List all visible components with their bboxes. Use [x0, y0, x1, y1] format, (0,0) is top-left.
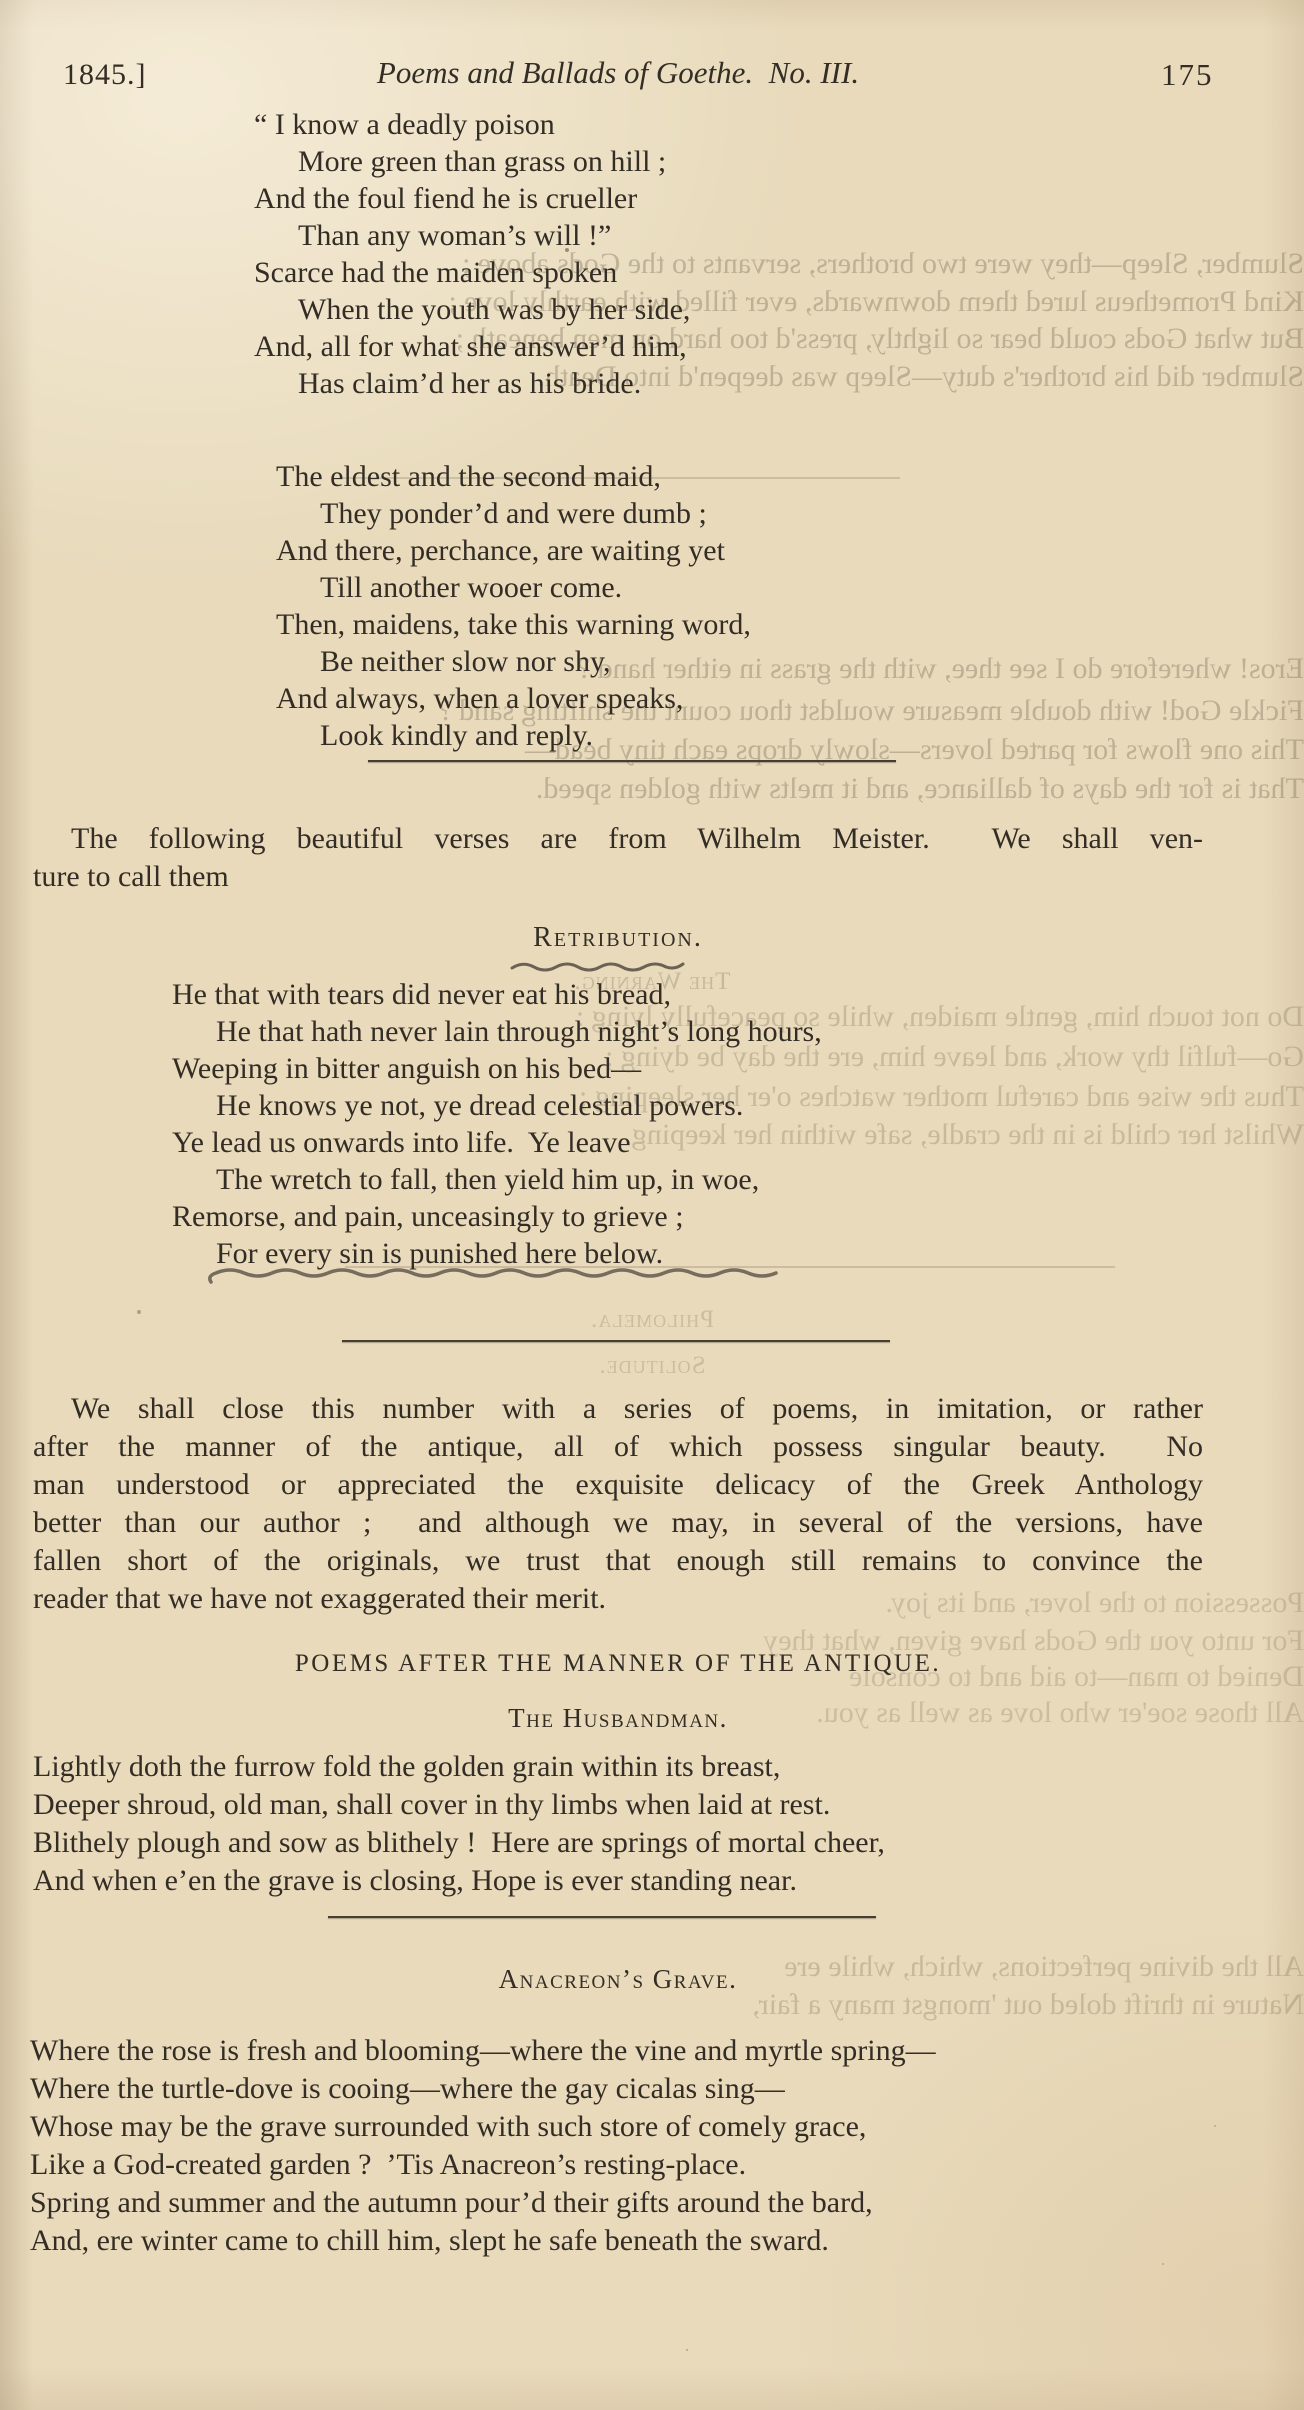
paragraph-line: reader that we have not exaggerated thei…: [33, 1580, 1203, 1618]
running-title: Poems and Ballads of Goethe. No. III.: [33, 55, 1203, 91]
section-heading: POEMS AFTER THE MANNER OF THE ANTIQUE.: [33, 1650, 1203, 1678]
poem-line: Ye lead us onwards into life. Ye leave: [172, 1124, 822, 1161]
poem-line: And the foul fiend he is crueller: [254, 180, 690, 217]
poem-line: Like a God-created garden ? ’Tis Anacreo…: [30, 2146, 936, 2184]
intro-paragraph: The following beautiful verses are from …: [33, 820, 1203, 896]
poem-line: And when e’en the grave is closing, Hope…: [33, 1862, 885, 1900]
bleedthrough-heading: Philomela.: [0, 1306, 1304, 1334]
anacreon-poem: Where the rose is fresh and blooming—whe…: [30, 2032, 936, 2260]
poem-line: Than any woman’s will !”: [298, 217, 690, 254]
bleedthrough-line: That is for the days of dalliance, and i…: [0, 772, 1304, 806]
poem-line: Till another wooer come.: [320, 569, 751, 606]
poem-line: Deeper shroud, old man, shall cover in t…: [33, 1786, 885, 1824]
scanned-book-page: Slumber, Sleep—they were two brothers, s…: [0, 0, 1304, 2410]
pencil-squiggle-underline: [205, 1266, 805, 1286]
section-divider: [368, 760, 896, 762]
poem-line: Has claim’d her as his bride.: [298, 365, 690, 402]
poem-line: And, ere winter came to chill him, slept…: [30, 2222, 936, 2260]
poem-line: Weeping in bitter anguish on his bed—: [172, 1050, 822, 1087]
poem-line: More green than grass on hill ;: [298, 143, 690, 180]
poem-line: When the youth was by her side,: [298, 291, 690, 328]
poem-line: Where the rose is fresh and blooming—whe…: [30, 2032, 936, 2070]
poem-line: He knows ye not, ye dread celestial powe…: [216, 1087, 822, 1124]
husbandman-heading: The Husbandman.: [33, 1703, 1203, 1734]
poem-line: The wretch to fall, then yield him up, i…: [216, 1161, 822, 1198]
poem-line: Lightly doth the furrow fold the golden …: [33, 1748, 885, 1786]
poem-line: They ponder’d and were dumb ;: [320, 495, 751, 532]
poem-line: He that with tears did never eat his bre…: [172, 976, 822, 1013]
page-number: 175: [1161, 57, 1214, 93]
poem-line: And always, when a lover speaks,: [276, 680, 751, 717]
paragraph-line: The following beautiful verses are from …: [33, 820, 1203, 858]
paragraph-line: man understood or appreciated the exquis…: [33, 1466, 1203, 1504]
poem-line: And, all for what she answer’d him,: [254, 328, 690, 365]
bleedthrough-heading: Solitude.: [0, 1352, 1304, 1380]
anacreon-heading: Anacreon’s Grave.: [33, 1964, 1203, 1995]
poem-line: And there, perchance, are waiting yet: [276, 532, 751, 569]
husbandman-poem: Lightly doth the furrow fold the golden …: [33, 1748, 885, 1900]
retribution-poem: He that with tears did never eat his bre…: [172, 976, 822, 1272]
poem-line: Be neither slow nor shy,: [320, 643, 751, 680]
poem-line: Then, maidens, take this warning word,: [276, 606, 751, 643]
poem-line: Where the turtle-dove is cooing—where th…: [30, 2070, 936, 2108]
ballad-stanza-1: “ I know a deadly poison More green than…: [254, 106, 690, 402]
poem-line: Blithely plough and sow as blithely ! He…: [33, 1824, 885, 1862]
ballad-stanza-2: The eldest and the second maid, They pon…: [276, 458, 751, 754]
section-divider: [328, 1916, 876, 1918]
paragraph-line: better than our author ; and although we…: [33, 1504, 1203, 1542]
paragraph-line: ture to call them: [33, 858, 1203, 896]
poem-line: The eldest and the second maid,: [276, 458, 751, 495]
section-divider: [342, 1340, 890, 1342]
paragraph-line: fallen short of the originals, we trust …: [33, 1542, 1203, 1580]
poem-line: “ I know a deadly poison: [254, 106, 690, 143]
retribution-heading: Retribution.: [33, 922, 1203, 954]
pencil-squiggle-heading: [508, 958, 698, 974]
poem-line: Scarce had the maiden spoken: [254, 254, 690, 291]
poem-line: Whose may be the grave surrounded with s…: [30, 2108, 936, 2146]
poem-line: Spring and summer and the autumn pour’d …: [30, 2184, 936, 2222]
closing-paragraph: We shall close this number with a series…: [33, 1390, 1203, 1618]
paragraph-line: We shall close this number with a series…: [33, 1390, 1203, 1428]
poem-line: Look kindly and reply.: [320, 717, 751, 754]
poem-line: He that hath never lain through night’s …: [216, 1013, 822, 1050]
paper-speck: [565, 248, 569, 252]
poem-line: Remorse, and pain, unceasingly to grieve…: [172, 1198, 822, 1235]
paragraph-line: after the manner of the antique, all of …: [33, 1428, 1203, 1466]
